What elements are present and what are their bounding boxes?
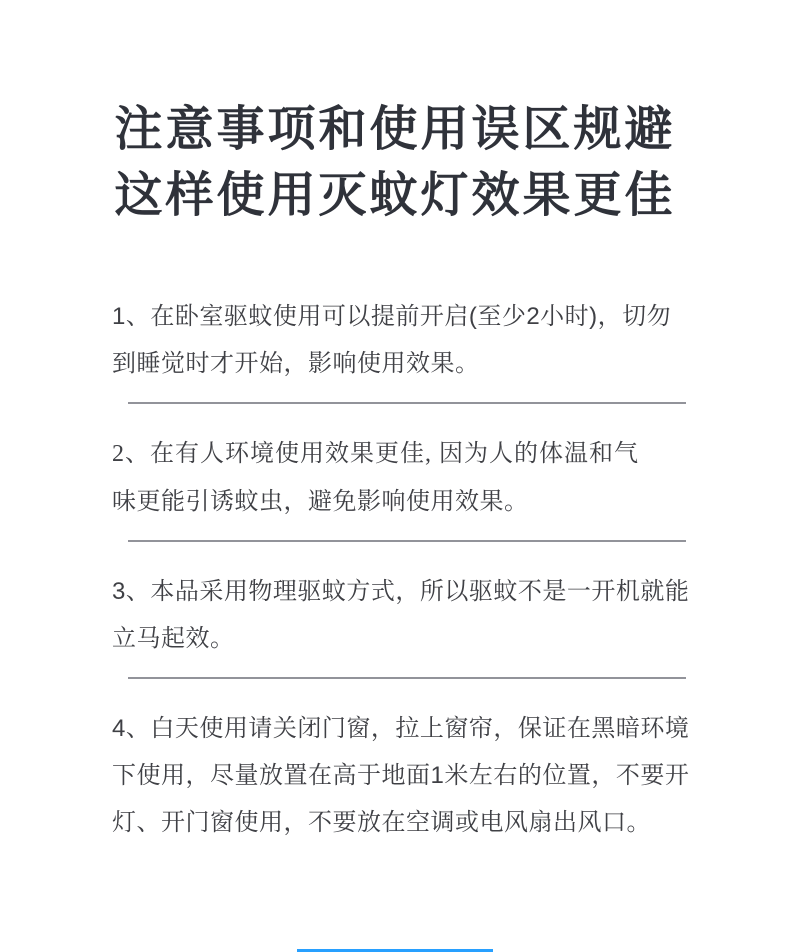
section-divider [128, 540, 686, 542]
note-item-3: 3、本品采用物理驱蚊方式，所以驱蚊不是一开机就能立马起效。 [112, 568, 692, 662]
notes-list: 1、在卧室驱蚊使用可以提前开启(至少2小时)，切勿到睡觉时才开始，影响使用效果。… [112, 293, 692, 846]
page-title: 注意事项和使用误区规避 这样使用灭蚊灯效果更佳 [0, 97, 790, 229]
note-item-4: 4、白天使用请关闭门窗，拉上窗帘，保证在黑暗环境下使用，尽量放置在高于地面1米左… [112, 705, 692, 846]
note-item-2-sans-segment: 味更能引诱蚊虫，避免影响使用效果。 [112, 488, 529, 515]
section-divider [128, 677, 686, 679]
note-item-2-serif-segment: 2、在有人环境使用效果更佳, 因为人的体温和气 [112, 441, 639, 467]
note-item-2: 2、在有人环境使用效果更佳, 因为人的体温和气味更能引诱蚊虫，避免影响使用效果。 [112, 430, 692, 525]
page-title-line-2: 这样使用灭蚊灯效果更佳 [0, 163, 790, 229]
section-divider [128, 402, 686, 404]
page-title-line-1: 注意事项和使用误区规避 [0, 97, 790, 163]
note-item-1: 1、在卧室驱蚊使用可以提前开启(至少2小时)，切勿到睡觉时才开始，影响使用效果。 [112, 293, 692, 387]
